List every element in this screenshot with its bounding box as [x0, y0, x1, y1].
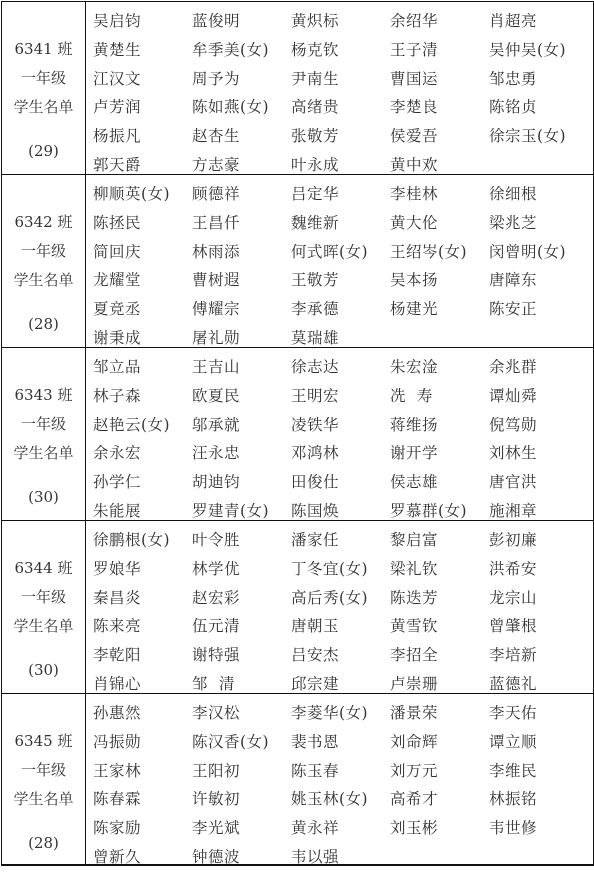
- student-name: 邹 清: [192, 672, 291, 694]
- class-section: 6345 班一年级学生名单(28)孙惠然李汉松李菱华(女)潘景荣李天佑冯振勋陈汉…: [2, 694, 593, 866]
- student-name: 潘家任: [291, 528, 390, 550]
- student-name: 孙学仁: [93, 470, 192, 492]
- student-name: 张敬芳: [291, 124, 390, 146]
- student-row: 曾新久钟德波韦以强: [93, 841, 593, 870]
- student-name: 朱宏淦: [390, 355, 489, 377]
- student-name: 胡迪钧: [192, 470, 291, 492]
- student-name: 徐细根: [489, 182, 588, 204]
- student-name: 陈来亮: [93, 614, 192, 636]
- student-name: 曾新久: [93, 845, 192, 867]
- student-name: 唐官洪: [489, 470, 588, 492]
- student-name: 赵宏彩: [192, 586, 291, 608]
- grade-label: 一年级: [2, 240, 85, 261]
- list-label: 学生名单: [2, 615, 85, 636]
- student-name: 柳顺英(女): [93, 182, 192, 204]
- student-name: 冯振勋: [93, 730, 192, 752]
- student-name: 谢秉成: [93, 326, 192, 348]
- student-name: 李光斌: [192, 816, 291, 838]
- student-name: 邹忠勇: [489, 67, 588, 89]
- student-name: 夏竞丞: [93, 297, 192, 319]
- student-name: 吴启钧: [93, 9, 192, 31]
- student-name: 孙惠然: [93, 701, 192, 723]
- student-name: 李汉松: [192, 701, 291, 723]
- student-name: 欧夏民: [192, 384, 291, 406]
- student-name: 肖锦心: [93, 672, 192, 694]
- student-name: 侯爱吾: [390, 124, 489, 146]
- grade-label: 一年级: [2, 759, 85, 780]
- student-name: 王绍岑(女): [390, 240, 489, 262]
- student-name: 汪永忠: [192, 441, 291, 463]
- student-name: 曹树遐: [192, 268, 291, 290]
- student-name: 丁冬宜(女): [291, 557, 390, 579]
- student-name: 韦世修: [489, 816, 588, 838]
- student-name: 黄楚生: [93, 38, 192, 60]
- student-names-grid: 徐鹏根(女)叶令胜潘家任黎启富彭初廉罗娘华林学优丁冬宜(女)梁礼钦洪希安秦昌炎赵…: [86, 521, 593, 693]
- student-name: 顾德祥: [192, 182, 291, 204]
- student-name: 施湘章: [489, 499, 588, 521]
- student-name: 伍元清: [192, 614, 291, 636]
- class-name: 6342 班: [2, 211, 85, 232]
- student-row: 徐鹏根(女)叶令胜潘家任黎启富彭初廉: [93, 525, 593, 554]
- student-name: 高希才: [390, 787, 489, 809]
- student-row: 黄楚生牟季美(女)杨克钦王子清吴仲吴(女): [93, 35, 593, 64]
- class-section: 6341 班一年级学生名单(29)吴启钧蓝俊明黄炽标余绍华肖超亮黄楚生牟季美(女…: [2, 2, 593, 175]
- student-row: 陈来亮伍元清唐朝玉黄雪钦曾肇根: [93, 611, 593, 640]
- student-row: 李乾阳谢特强吕安杰李招全李培新: [93, 640, 593, 669]
- class-label-cell: 6345 班一年级学生名单(28): [2, 694, 86, 864]
- student-row: 孙惠然李汉松李菱华(女)潘景荣李天佑: [93, 698, 593, 727]
- student-row: 卢芳润陈如燕(女)高绪贵李楚良陈铭贞: [93, 92, 593, 121]
- student-name: 陈铭贞: [489, 95, 588, 117]
- student-name: 杨克钦: [291, 38, 390, 60]
- student-name: 蒋维扬: [390, 413, 489, 435]
- student-name: 龙耀堂: [93, 268, 192, 290]
- student-row: 肖锦心邹 清邱宗建卢崇珊蓝德礼: [93, 668, 593, 697]
- student-name: 余兆群: [489, 355, 588, 377]
- student-names-grid: 柳顺英(女)顾德祥吕定华李桂林徐细根陈拯民王昌仟魏维新黄大伦梁兆芝简回庆林雨添何…: [86, 175, 593, 347]
- student-name: 简回庆: [93, 240, 192, 262]
- student-row: 林子森欧夏民王明宏冼 寿谭灿舜: [93, 381, 593, 410]
- student-name: 朱能展: [93, 499, 192, 521]
- student-name: 许敏初: [192, 787, 291, 809]
- student-name: 韦以强: [291, 845, 390, 867]
- student-row: 余永宏汪永忠邓鸿林谢开学刘林生: [93, 438, 593, 467]
- class-label-cell: 6342 班一年级学生名单(28): [2, 175, 86, 347]
- student-name: 高绪贵: [291, 95, 390, 117]
- list-label: 学生名单: [2, 442, 85, 463]
- student-name: 李菱华(女): [291, 701, 390, 723]
- student-name: 江汉文: [93, 67, 192, 89]
- student-name: 唐朝玉: [291, 614, 390, 636]
- student-name: 吕定华: [291, 182, 390, 204]
- class-section: 6342 班一年级学生名单(28)柳顺英(女)顾德祥吕定华李桂林徐细根陈拯民王昌…: [2, 175, 593, 348]
- student-name: 徐宗玉(女): [489, 124, 588, 146]
- student-name: 罗建青(女): [192, 499, 291, 521]
- student-name: 莫瑞雄: [291, 326, 390, 348]
- student-row: 杨振凡赵杏生张敬芳侯爱吾徐宗玉(女): [93, 121, 593, 150]
- student-name: 杨建光: [390, 297, 489, 319]
- student-name: 赵艳云(女): [93, 413, 192, 435]
- class-section: 6343 班一年级学生名单(30)邹立品王吉山徐志达朱宏淦余兆群林子森欧夏民王明…: [2, 348, 593, 521]
- student-names-grid: 吴启钧蓝俊明黄炽标余绍华肖超亮黄楚生牟季美(女)杨克钦王子清吴仲吴(女)江汉文周…: [86, 2, 593, 174]
- student-count: (30): [2, 488, 85, 506]
- student-name: 吴仲吴(女): [489, 38, 588, 60]
- student-name: 余永宏: [93, 441, 192, 463]
- student-name: 倪笃勋: [489, 413, 588, 435]
- student-name: 邓鸿林: [291, 441, 390, 463]
- student-name: 裴书恩: [291, 730, 390, 752]
- class-label-cell: 6343 班一年级学生名单(30): [2, 348, 86, 520]
- student-name: 黄雪钦: [390, 614, 489, 636]
- class-name: 6343 班: [2, 384, 85, 405]
- student-row: 朱能展罗建青(女)陈国焕罗慕群(女)施湘章: [93, 495, 593, 524]
- student-name: 林雨添: [192, 240, 291, 262]
- class-label-cell: 6341 班一年级学生名单(29): [2, 2, 86, 174]
- student-name: 何式晖(女): [291, 240, 390, 262]
- student-name: 凌铁华: [291, 413, 390, 435]
- list-label: 学生名单: [2, 269, 85, 290]
- student-name: 刘万元: [390, 759, 489, 781]
- student-name: 李乾阳: [93, 643, 192, 665]
- student-name: 叶永成: [291, 153, 390, 175]
- student-name: 林振铭: [489, 787, 588, 809]
- student-name: 牟季美(女): [192, 38, 291, 60]
- student-name: 李桂林: [390, 182, 489, 204]
- student-name: 卢崇珊: [390, 672, 489, 694]
- student-row: 郭天爵方志豪叶永成黄中欢: [93, 149, 593, 178]
- list-label: 学生名单: [2, 788, 85, 809]
- student-name: 王子清: [390, 38, 489, 60]
- student-name: 秦昌炎: [93, 586, 192, 608]
- student-name: 龙宗山: [489, 586, 588, 608]
- grade-label: 一年级: [2, 67, 85, 88]
- student-name: 梁礼钦: [390, 557, 489, 579]
- student-name: 李楚良: [390, 95, 489, 117]
- class-label-cell: 6344 班一年级学生名单(30): [2, 521, 86, 693]
- student-name: 谭灿舜: [489, 384, 588, 406]
- student-name: 吕安杰: [291, 643, 390, 665]
- student-name: 徐鹏根(女): [93, 528, 192, 550]
- student-name: 陈国焕: [291, 499, 390, 521]
- student-name: 邱宗建: [291, 672, 390, 694]
- student-count: (29): [2, 142, 85, 160]
- student-name: 黄永祥: [291, 816, 390, 838]
- student-name: 曹国运: [390, 67, 489, 89]
- class-section: 6344 班一年级学生名单(30)徐鹏根(女)叶令胜潘家任黎启富彭初廉罗娘华林学…: [2, 521, 593, 694]
- student-name: 黄炽标: [291, 9, 390, 31]
- student-row: 陈拯民王昌仟魏维新黄大伦梁兆芝: [93, 208, 593, 237]
- student-name: 郭天爵: [93, 153, 192, 175]
- student-name: 陈玉春: [291, 759, 390, 781]
- student-name: 田俊仕: [291, 470, 390, 492]
- student-name: 彭初廉: [489, 528, 588, 550]
- student-count: (28): [2, 315, 85, 333]
- student-name: 李天佑: [489, 701, 588, 723]
- student-row: 夏竞丞傅耀宗李承德杨建光陈安正: [93, 294, 593, 323]
- student-name: 罗慕群(女): [390, 499, 489, 521]
- student-name: 傅耀宗: [192, 297, 291, 319]
- student-name: 王敬芳: [291, 268, 390, 290]
- student-row: 孙学仁胡迪钧田俊仕侯志雄唐官洪: [93, 467, 593, 496]
- student-count: (30): [2, 661, 85, 679]
- student-name: 王昌仟: [192, 211, 291, 233]
- student-row: 王家林王阳初陈玉春刘万元李维民: [93, 755, 593, 784]
- grade-label: 一年级: [2, 586, 85, 607]
- student-name: 刘林生: [489, 441, 588, 463]
- student-name: 余绍华: [390, 9, 489, 31]
- student-name: 罗娘华: [93, 557, 192, 579]
- student-name: 梁兆芝: [489, 211, 588, 233]
- student-name: 吴本扬: [390, 268, 489, 290]
- student-name: 魏维新: [291, 211, 390, 233]
- student-name: 尹南生: [291, 67, 390, 89]
- list-label: 学生名单: [2, 96, 85, 117]
- student-row: 龙耀堂曹树遐王敬芳吴本扬唐障东: [93, 265, 593, 294]
- student-name: 黄大伦: [390, 211, 489, 233]
- student-row: 赵艳云(女)邬承就凌铁华蒋维扬倪笃勋: [93, 409, 593, 438]
- student-name: 卢芳润: [93, 95, 192, 117]
- student-name: 陈迭芳: [390, 586, 489, 608]
- student-row: 谢秉成屠礼勋莫瑞雄: [93, 322, 593, 351]
- student-name: 黎启富: [390, 528, 489, 550]
- student-name: 高后秀(女): [291, 586, 390, 608]
- student-name: 潘景荣: [390, 701, 489, 723]
- student-name: 侯志雄: [390, 470, 489, 492]
- student-row: 秦昌炎赵宏彩高后秀(女)陈迭芳龙宗山: [93, 582, 593, 611]
- student-name: 黄中欢: [390, 153, 489, 175]
- student-name: 屠礼勋: [192, 326, 291, 348]
- student-name: 李培新: [489, 643, 588, 665]
- class-name: 6344 班: [2, 557, 85, 578]
- student-name: 陈家励: [93, 816, 192, 838]
- student-name: 刘命辉: [390, 730, 489, 752]
- student-row: 简回庆林雨添何式晖(女)王绍岑(女)闵曾明(女): [93, 236, 593, 265]
- student-name: 邬承就: [192, 413, 291, 435]
- student-name: 谢开学: [390, 441, 489, 463]
- student-names-grid: 孙惠然李汉松李菱华(女)潘景荣李天佑冯振勋陈汉香(女)裴书恩刘命辉谭立顺王家林王…: [86, 694, 593, 864]
- student-name: 曾肇根: [489, 614, 588, 636]
- grade-label: 一年级: [2, 413, 85, 434]
- student-name: 王阳初: [192, 759, 291, 781]
- student-name: 方志豪: [192, 153, 291, 175]
- student-name: 唐障东: [489, 268, 588, 290]
- student-name: 刘玉彬: [390, 816, 489, 838]
- student-row: 江汉文周予为尹南生曹国运邹忠勇: [93, 63, 593, 92]
- student-name: 王吉山: [192, 355, 291, 377]
- student-name: 陈汉香(女): [192, 730, 291, 752]
- student-name: 蓝德礼: [489, 672, 588, 694]
- student-name: 叶令胜: [192, 528, 291, 550]
- student-name: 林子森: [93, 384, 192, 406]
- student-count: (28): [2, 834, 85, 852]
- student-name: 谭立顺: [489, 730, 588, 752]
- student-name: 王家林: [93, 759, 192, 781]
- student-name: 陈安正: [489, 297, 588, 319]
- student-name: 洪希安: [489, 557, 588, 579]
- student-name: 赵杏生: [192, 124, 291, 146]
- student-row: 吴启钧蓝俊明黄炽标余绍华肖超亮: [93, 6, 593, 35]
- student-name: 闵曾明(女): [489, 240, 588, 262]
- student-name: 邹立品: [93, 355, 192, 377]
- student-roster-table: 6341 班一年级学生名单(29)吴启钧蓝俊明黄炽标余绍华肖超亮黄楚生牟季美(女…: [1, 1, 594, 866]
- student-name: 王明宏: [291, 384, 390, 406]
- student-row: 邹立品王吉山徐志达朱宏淦余兆群: [93, 352, 593, 381]
- student-name: 蓝俊明: [192, 9, 291, 31]
- student-name: 林学优: [192, 557, 291, 579]
- student-name: 姚玉林(女): [291, 787, 390, 809]
- student-name: 钟德波: [192, 845, 291, 867]
- student-name: 杨振凡: [93, 124, 192, 146]
- student-name: 李承德: [291, 297, 390, 319]
- student-name: 陈如燕(女): [192, 95, 291, 117]
- student-name: 冼 寿: [390, 384, 489, 406]
- student-name: 周予为: [192, 67, 291, 89]
- class-name: 6345 班: [2, 730, 85, 751]
- student-name: 李维民: [489, 759, 588, 781]
- student-names-grid: 邹立品王吉山徐志达朱宏淦余兆群林子森欧夏民王明宏冼 寿谭灿舜赵艳云(女)邬承就凌…: [86, 348, 593, 520]
- student-name: 陈拯民: [93, 211, 192, 233]
- student-row: 柳顺英(女)顾德祥吕定华李桂林徐细根: [93, 179, 593, 208]
- student-name: 谢特强: [192, 643, 291, 665]
- class-name: 6341 班: [2, 38, 85, 59]
- student-row: 罗娘华林学优丁冬宜(女)梁礼钦洪希安: [93, 554, 593, 583]
- student-name: 李招全: [390, 643, 489, 665]
- student-name: 徐志达: [291, 355, 390, 377]
- student-row: 冯振勋陈汉香(女)裴书恩刘命辉谭立顺: [93, 727, 593, 756]
- student-row: 陈春霖许敏初姚玉林(女)高希才林振铭: [93, 784, 593, 813]
- student-name: 陈春霖: [93, 787, 192, 809]
- student-row: 陈家励李光斌黄永祥刘玉彬韦世修: [93, 813, 593, 842]
- student-name: 肖超亮: [489, 9, 588, 31]
